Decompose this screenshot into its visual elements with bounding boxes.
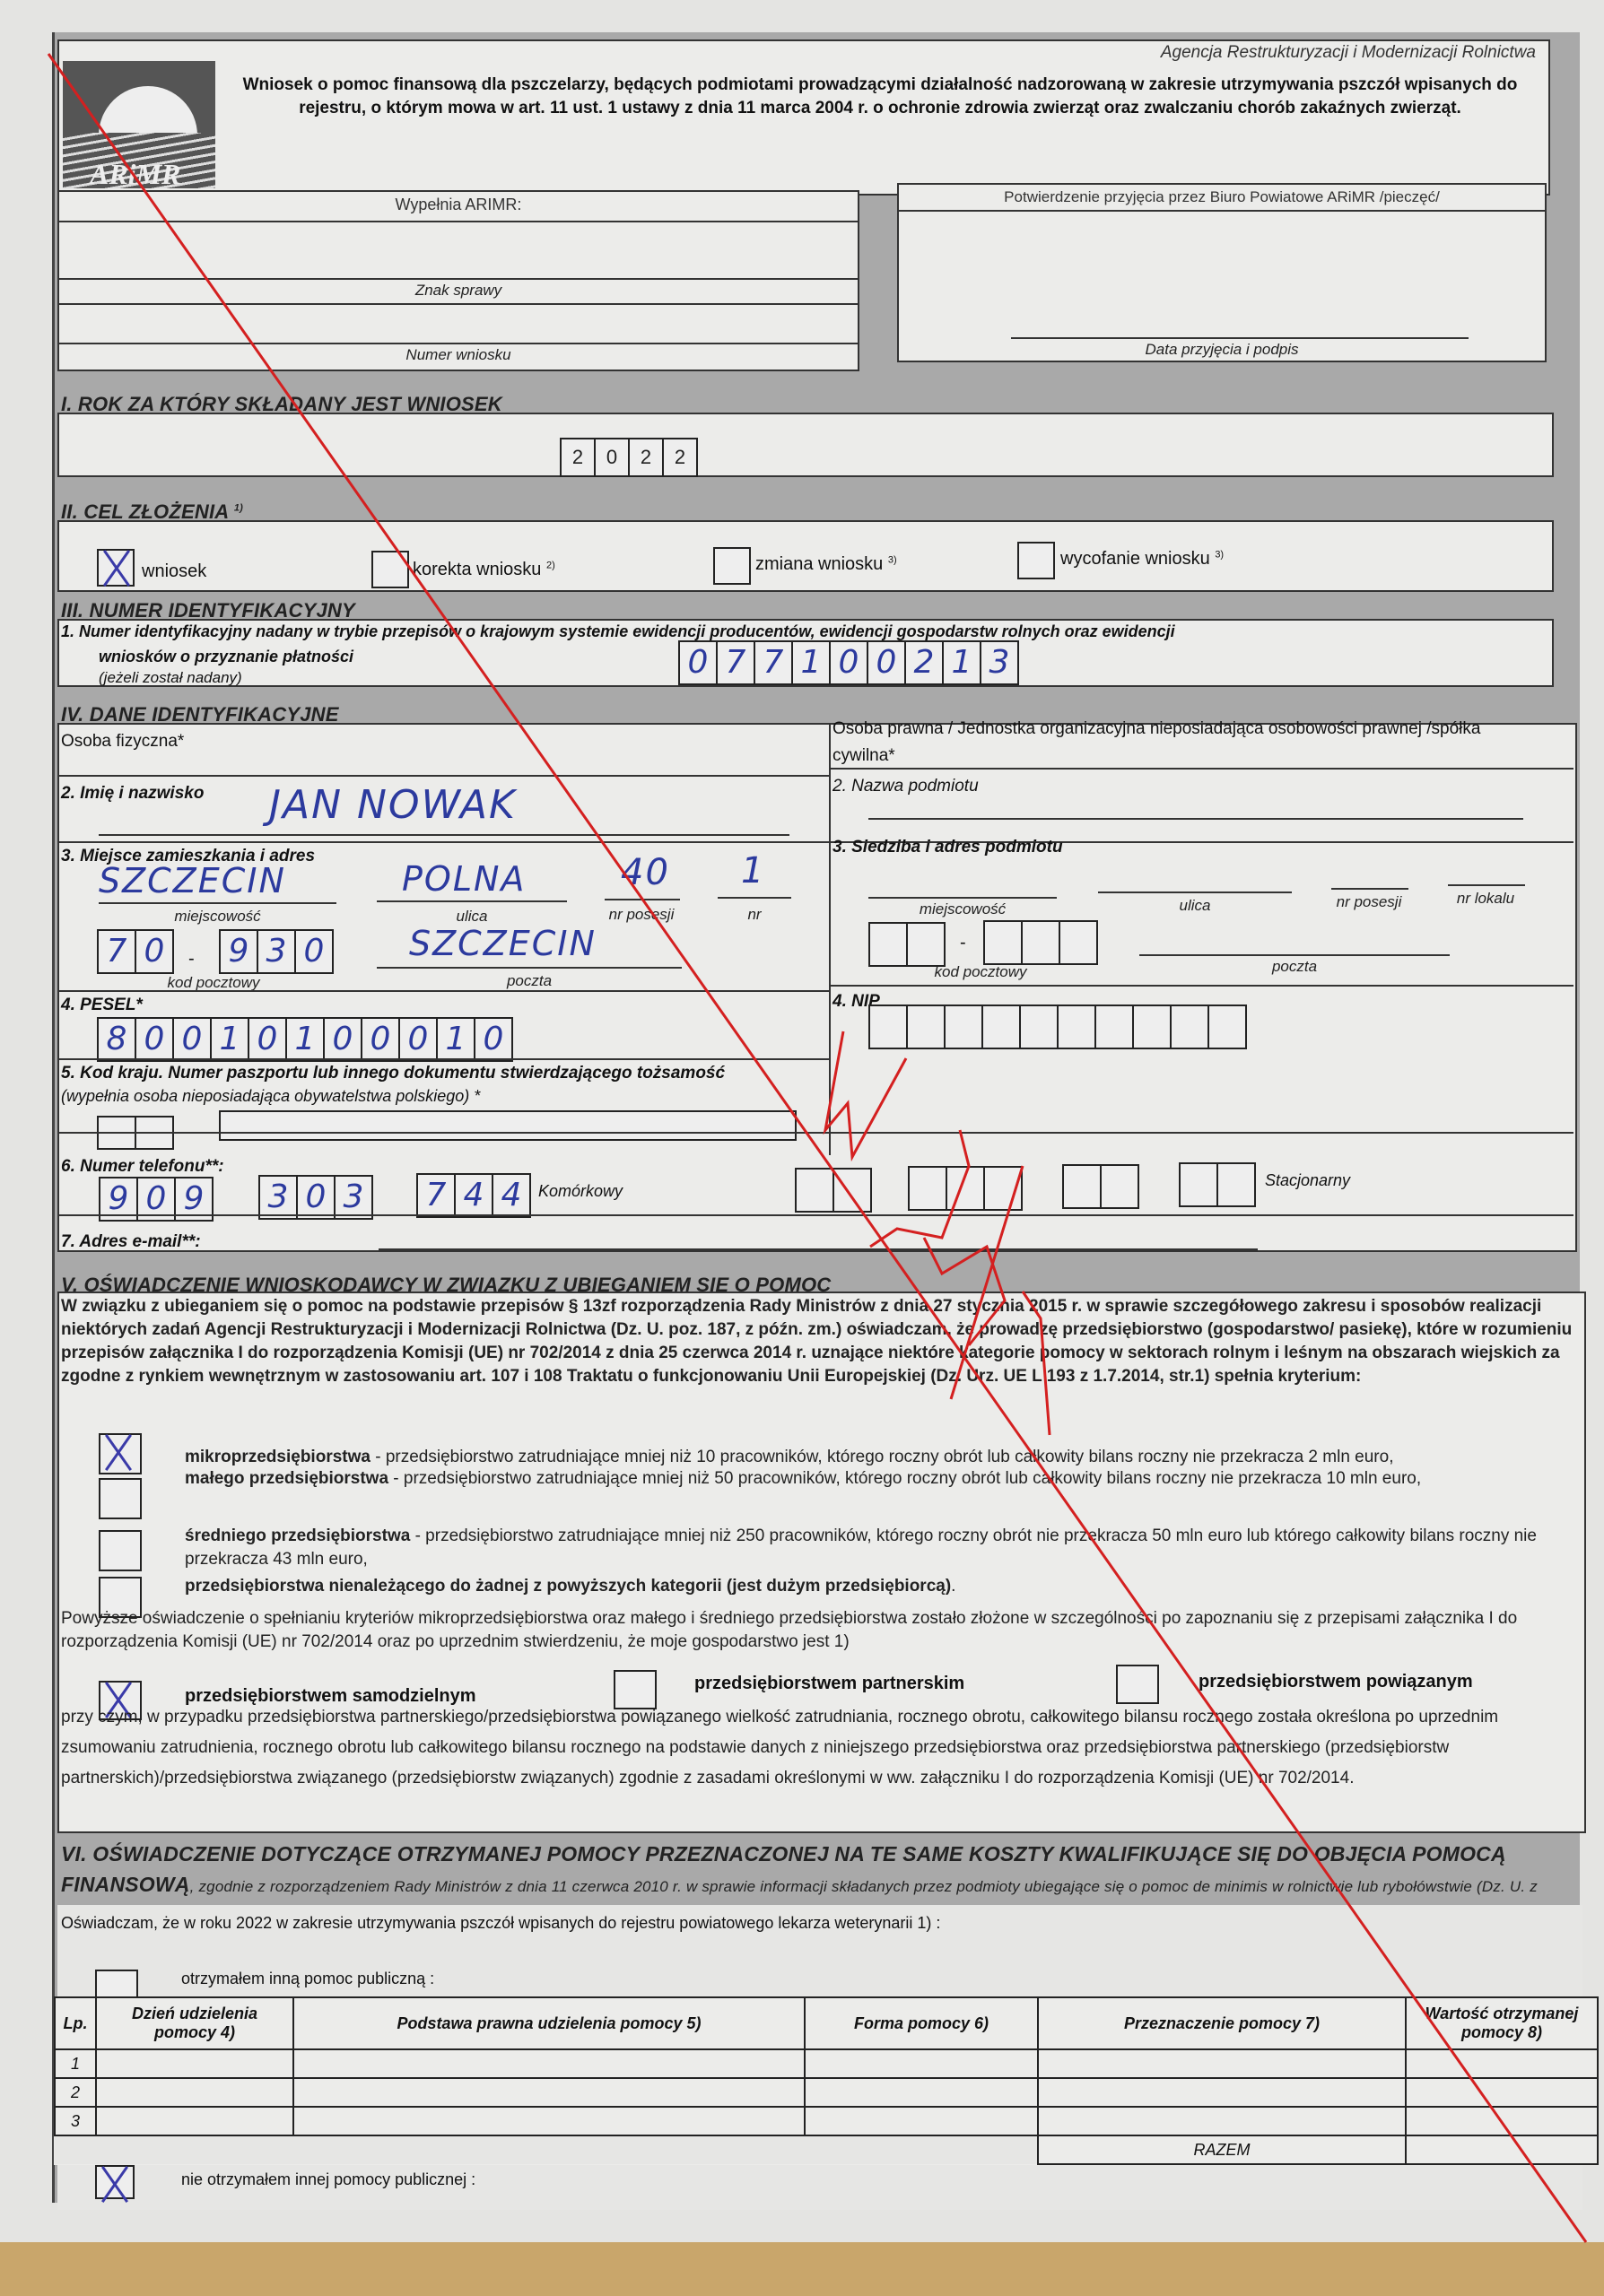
id-number-label: 1. Numer identyfikacyjny nadany w trybie… xyxy=(61,622,1175,641)
received-aid-checkbox[interactable] xyxy=(95,1970,138,2000)
form-title: Wniosek o pomoc finansową dla pszczelarz… xyxy=(230,74,1530,120)
purpose-checkbox-zmiana[interactable] xyxy=(713,547,751,585)
landline-caption: Stacjonarny xyxy=(1265,1171,1350,1190)
id-number-field[interactable]: 077100213 xyxy=(678,640,1019,685)
office-use-box: Wypełnia ARIMR: Znak sprawy Numer wniosk… xyxy=(57,190,859,371)
landline-part3[interactable] xyxy=(1062,1164,1139,1209)
purpose-checkbox-korekta[interactable] xyxy=(371,551,409,588)
received-aid-label: otrzymałem inną pomoc publiczną : xyxy=(181,1970,434,1988)
logo-text: ARiMR xyxy=(90,158,180,188)
purpose-label-zmiana: zmiana wniosku 3) xyxy=(755,554,897,575)
passport-label: 5. Kod kraju. Numer paszportu lub innego… xyxy=(61,1064,725,1083)
street-value[interactable]: POLNA xyxy=(402,859,526,899)
case-number-caption: Znak sprawy xyxy=(59,282,858,300)
mobile-part3[interactable]: 744 xyxy=(416,1173,531,1218)
declaration-intro: W związku z ubieganiem się o pomoc na po… xyxy=(61,1295,1577,1388)
criterion-medium: średniego przedsiębiorstwa - przedsiębio… xyxy=(185,1525,1575,1571)
entity-address-label: 3. Siedziba i adres podmiotu xyxy=(833,838,1063,857)
house-number-value[interactable]: 40 xyxy=(621,852,670,893)
table-row: 2 xyxy=(55,2078,1598,2107)
name-value[interactable]: JAN NOWAK xyxy=(269,782,517,828)
pesel-label: 4. PESEL* xyxy=(61,996,143,1015)
natural-person-header: Osoba fizyczna* xyxy=(61,732,184,752)
city-value[interactable]: SZCZECIN xyxy=(99,861,286,900)
receipt-box: Potwierdzenie przyjęcia przez Biuro Powi… xyxy=(897,183,1547,362)
purpose-checkbox-wniosek[interactable] xyxy=(97,549,135,587)
no-aid-label: nie otrzymałem innej pomocy publicznej : xyxy=(181,2170,475,2189)
legal-person-header: Osoba prawna / Jednostka organizacyjna n… xyxy=(833,716,1532,770)
post-office-value[interactable]: SZCZECIN xyxy=(409,924,597,963)
entity-postal-part2[interactable] xyxy=(983,920,1098,965)
enterprise-label-linked: przedsiębiorstwem powiązanym xyxy=(1199,1672,1473,1692)
phone-label: 6. Numer telefonu**: xyxy=(61,1157,224,1177)
criterion-checkbox-micro[interactable] xyxy=(99,1433,142,1474)
aid-declaration: Oświadczam, że w roku 2022 w zakresie ut… xyxy=(61,1914,940,1933)
postal-code-part2[interactable]: 930 xyxy=(219,929,334,974)
landline-part1[interactable] xyxy=(795,1168,872,1213)
declaration-closing: przy czym, w przypadku przedsiębiorstwa … xyxy=(61,1702,1577,1794)
criterion-checkbox-small[interactable] xyxy=(99,1478,142,1519)
total-row: RAZEM xyxy=(55,2135,1598,2164)
table-row: 3 xyxy=(55,2107,1598,2135)
criterion-small: małego przedsiębiorstwa - przedsiębiorst… xyxy=(185,1467,1566,1491)
office-box-title: Wypełnia ARIMR: xyxy=(59,196,858,214)
criterion-checkbox-medium[interactable] xyxy=(99,1530,142,1571)
criterion-micro: mikroprzedsiębiorstwa - przedsiębiorstwo… xyxy=(185,1446,1566,1469)
header-box: ARiMR Agencja Restrukturyzacji i Moderni… xyxy=(57,39,1550,196)
arimr-logo: ARiMR xyxy=(63,61,215,188)
postal-code-part1[interactable]: 70 xyxy=(97,929,174,974)
purpose-checkbox-wycofanie[interactable] xyxy=(1017,542,1055,579)
landline-part4[interactable] xyxy=(1179,1162,1256,1207)
apartment-number-value[interactable]: 1 xyxy=(741,850,765,891)
purpose-label-korekta: korekta wniosku 2) xyxy=(413,560,555,580)
purpose-label-wycofanie: wycofanie wniosku 3) xyxy=(1060,549,1224,570)
mobile-caption: Komórkowy xyxy=(538,1182,623,1201)
receipt-date-caption: Data przyjęcia i podpis xyxy=(899,341,1545,359)
declaration-statement: Powyższe oświadczenie o spełnianiu kryte… xyxy=(61,1607,1577,1654)
id-number-label-2: wniosków o przyznanie płatności xyxy=(99,648,353,666)
application-number-caption: Numer wniosku xyxy=(59,346,858,364)
pesel-field[interactable]: 80010100010 xyxy=(97,1017,513,1062)
year-box xyxy=(57,413,1554,477)
total-value[interactable] xyxy=(1406,2135,1598,2164)
email-label: 7. Adres e-mail**: xyxy=(61,1232,201,1252)
entity-postal-part1[interactable] xyxy=(868,922,946,967)
purpose-label-wniosek: wniosek xyxy=(142,561,206,582)
table-row: 1 xyxy=(55,2049,1598,2078)
total-label: RAZEM xyxy=(1038,2135,1406,2164)
id-number-note: (jeżeli został nadany) xyxy=(99,669,242,687)
enterprise-label-partner: przedsiębiorstwem partnerskim xyxy=(694,1674,964,1694)
criterion-large: przedsiębiorstwa nienależącego do żadnej… xyxy=(185,1575,1566,1598)
entity-name-label: 2. Nazwa podmiotu xyxy=(833,777,979,796)
no-aid-checkbox[interactable] xyxy=(95,2165,135,2199)
name-label: 2. Imię i nazwisko xyxy=(61,784,204,804)
email-field[interactable] xyxy=(379,1248,1258,1250)
aid-table-header: Lp. Dzień udzielenia pomocy 4) Podstawa … xyxy=(55,1997,1598,2049)
landline-part2[interactable] xyxy=(908,1166,1023,1211)
year-field[interactable]: 2 0 2 2 xyxy=(560,438,698,477)
passport-note: (wypełnia osoba nieposiadająca obywatels… xyxy=(61,1087,480,1106)
nip-field[interactable] xyxy=(868,1004,1247,1049)
enterprise-checkbox-linked[interactable] xyxy=(1116,1665,1159,1704)
agency-name: Agencja Restrukturyzacji i Modernizacji … xyxy=(1161,43,1536,63)
mobile-part2[interactable]: 303 xyxy=(258,1175,373,1220)
aid-table: Lp. Dzień udzielenia pomocy 4) Podstawa … xyxy=(54,1996,1599,2165)
receipt-box-title: Potwierdzenie przyjęcia przez Biuro Powi… xyxy=(899,188,1545,206)
passport-number-field[interactable] xyxy=(219,1110,797,1141)
